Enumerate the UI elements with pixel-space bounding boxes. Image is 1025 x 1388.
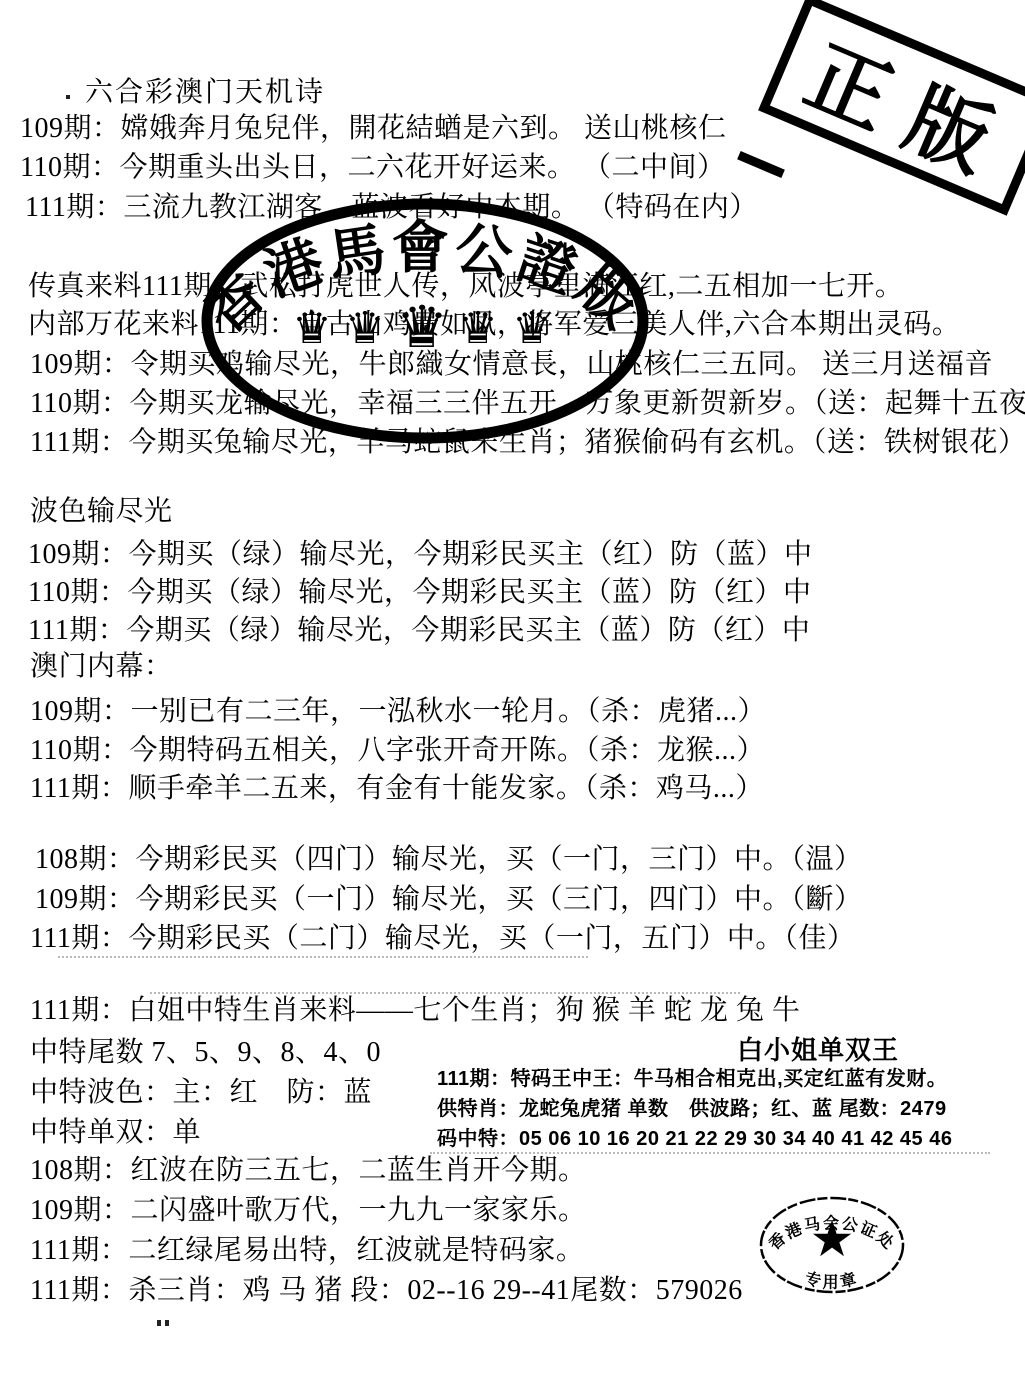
genuine-edition-label: 正版 <box>791 12 1025 204</box>
star-icon: ★ <box>810 1210 855 1268</box>
zodiac-line: 111期：白姐中特生肖来料——七个生肖；狗 猴 羊 蛇 龙 兔 牛 <box>30 996 800 1027</box>
period-line-111: 111期：今期买（绿）输尽光，今期彩民买主（蓝）防（红）中 <box>28 616 810 647</box>
period-line-111: 111期：顺手牵羊二五来，有金有十能发家。（杀：鸡马...） <box>30 774 764 805</box>
jockey-club-oval-stamp: 香港馬會公證版 ♛ ♛ ♛ ♛ ♛ <box>193 193 663 463</box>
seal-bottom-text: 专用章 <box>803 1268 861 1291</box>
section-heading: 澳门内幕： <box>30 652 173 683</box>
genuine-edition-stamp: 正版 <box>758 0 1025 216</box>
king-line: 111期：特码王中王：牛马相合相克出,买定红蓝有发财。 <box>437 1062 947 1091</box>
crown-icon: ♛ <box>458 303 497 354</box>
print-artifact <box>157 1320 161 1326</box>
number-offer: 码中特：05 06 10 16 20 21 22 29 30 34 40 41 … <box>437 1122 952 1151</box>
print-artifact <box>430 1152 990 1154</box>
period-line-110: 110期：今期特码五相关，八字张开奇开陈。（杀：龙猴...） <box>30 736 765 767</box>
period-line-109: 109期：一别已有二三年，一泓秋水一轮月。（杀：虎猪...） <box>30 697 766 728</box>
tail-numbers: 中特尾数 7、5、9、8、4、0 <box>30 1038 381 1069</box>
crown-icon: ♛ <box>292 303 331 354</box>
period-line-109: 109期：今期买（绿）输尽光，今期彩民买主（红）防（蓝）中 <box>28 540 813 571</box>
period-line-110: 110期：今期买（绿）输尽光，今期彩民买主（蓝）防（红）中 <box>28 578 811 609</box>
print-artifact <box>58 956 588 958</box>
odd-even-line: 中特单双：单 <box>30 1118 201 1149</box>
stamp-overshoot-mark <box>737 151 785 178</box>
period-line-111: 111期：今期彩民买（二门）输尽光，买（一门，五门）中。（佳） <box>30 924 855 955</box>
period-line-109: 109期：嫦娥奔月兔兒伴，開花結蝤是六到。 送山桃核仁 <box>20 114 727 145</box>
crown-icon: ♛ <box>345 303 384 354</box>
period-line-111: 111期：二红绿尾易出特，红波就是特码家。 <box>30 1236 584 1267</box>
section-heading: 波色输尽光 <box>30 497 173 528</box>
wave-color-line: 中特波色：主：红 防：蓝 <box>30 1078 372 1109</box>
period-line-109: 109期：二闪盛叶歌万代，一九九一家家乐。 <box>30 1196 587 1227</box>
notary-office-seal: 香港马会公证处 ★ 专用章 <box>756 1194 908 1298</box>
period-line-108: 108期：今期彩民买（四门）输尽光，买（一门，三门）中。（温） <box>35 845 863 876</box>
lottery-tip-sheet: 六合彩澳门天机诗 109期：嫦娥奔月兔兒伴，開花結蝤是六到。 送山桃核仁 110… <box>0 0 1025 1388</box>
crown-icon: ♛ <box>512 303 551 354</box>
period-line-108: 108期：红波在防三五七，二蓝生肖开今期。 <box>30 1156 587 1187</box>
print-artifact <box>66 95 70 99</box>
zodiac-offer: 供特肖：龙蛇兔虎猪 单数 供波路；红、蓝 尾数：2479 <box>437 1092 947 1121</box>
print-artifact <box>150 992 740 994</box>
print-artifact <box>165 1320 169 1326</box>
sheet-title: 六合彩澳门天机诗 <box>85 78 325 109</box>
period-line-109: 109期：今期彩民买（一门）输尽光，买（三门，四门）中。（斷） <box>35 885 863 916</box>
crown-icon: ♛ <box>396 293 448 361</box>
period-line-110: 110期：今期重头出头日，二六花开好运来。 （二中间） <box>20 153 725 184</box>
kill-zodiac-line: 111期：杀三肖：鸡 马 猪 段：02--16 29--41尾数：579026 <box>30 1276 743 1307</box>
